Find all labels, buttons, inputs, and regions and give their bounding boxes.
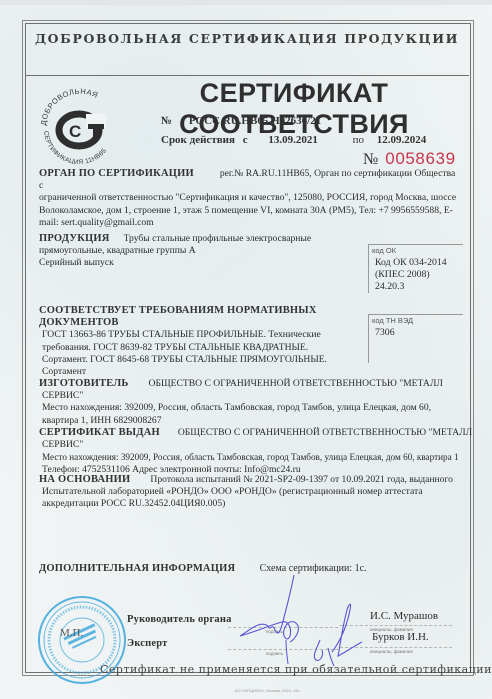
issued-to-line3: Место нахождения: 392009, Россия, област… bbox=[39, 451, 479, 463]
certification-body-line4: mail: sert.quality@gmail.com bbox=[39, 217, 459, 229]
product-line1: Трубы стальные профильные электросварные bbox=[124, 233, 312, 244]
handwritten-signatures-icon bbox=[220, 570, 390, 670]
registration-number-line: № РОСС RU.НВ65.Н02636/21 bbox=[161, 115, 321, 127]
basis-line2: Испытательной лабораторией «РОНДО» ООО «… bbox=[39, 486, 469, 498]
standards-section: СООТВЕТСТВУЕТ ТРЕБОВАНИЯМ НОРМАТИВНЫХ ДО… bbox=[39, 305, 369, 378]
product-line3: Серийный выпуск bbox=[39, 257, 359, 269]
product-line2: прямоугольные, квадратные группы А bbox=[39, 245, 359, 257]
validity-line: Срок действия с 13.09.2021 по 12.09.2024 bbox=[161, 134, 426, 146]
expert-role: Эксперт bbox=[127, 638, 168, 650]
product-label: ПРОДУКЦИЯ bbox=[39, 233, 110, 244]
manufacturer-label: ИЗГОТОВИТЕЛЬ bbox=[39, 378, 129, 389]
ok-code-line2: (КПЕС 2008) bbox=[375, 269, 463, 281]
certification-body-line3: Волоколамское, дом 1, строение 1, этаж 5… bbox=[39, 205, 459, 217]
validity-from-date: 13.09.2021 bbox=[268, 134, 318, 146]
certification-body-section: ОРГАН ПО СЕРТИФИКАЦИИрег.№ RA.RU.11НВ65,… bbox=[39, 168, 459, 229]
standards-line2: требования. ГОСТ 8639-82 ТРУБЫ СТАЛЬНЫЕ … bbox=[39, 342, 369, 354]
validity-from-label: с bbox=[243, 134, 248, 146]
certificate-page: ДОБРОВОЛЬНАЯ СЕРТИФИКАЦИЯ ПРОДУКЦИИ ДОБР… bbox=[0, 0, 492, 699]
voluntary-certification-title: ДОБРОВОЛЬНАЯ СЕРТИФИКАЦИЯ ПРОДУКЦИИ bbox=[25, 31, 469, 46]
manufacturer-line1: ОБЩЕСТВО С ОГРАНИЧЕННОЙ ОТВЕТСТВЕННОСТЬЮ… bbox=[149, 378, 443, 389]
basis-line1: Протокола испытаний № 2021-SP2-09-1397 о… bbox=[150, 474, 453, 485]
issued-to-section: СЕРТИФИКАТ ВЫДАНОБЩЕСТВО С ОГРАНИЧЕННОЙ … bbox=[39, 427, 479, 476]
printer-imprint: АО «ОПЦИОН», Москва, 2021, «Б» bbox=[235, 688, 300, 693]
issued-to-label: СЕРТИФИКАТ ВЫДАН bbox=[39, 427, 160, 438]
validity-to-date: 12.09.2024 bbox=[377, 134, 427, 146]
serial-number: № 0058639 bbox=[363, 149, 456, 169]
standards-line3: Сортамент. ГОСТ 8645-68 ТРУБЫ СТАЛЬНЫЕ П… bbox=[39, 354, 369, 366]
basis-label: НА ОСНОВАНИИ bbox=[39, 474, 130, 485]
head-role: Руководитель органа bbox=[127, 614, 232, 626]
issued-to-line2: СЕРВИС" bbox=[39, 439, 479, 451]
ok-code-caption: код ОК bbox=[372, 245, 463, 257]
ok-code-line3: 24.20.3 bbox=[375, 281, 463, 293]
top-edge bbox=[0, 0, 492, 5]
tnved-code-value: 7306 bbox=[375, 327, 463, 339]
manufacturer-line4: квартира 1, ИНН 6829008267 bbox=[39, 415, 469, 427]
certification-body-line2: ограниченной ответственностью "Сертифика… bbox=[39, 192, 459, 204]
basis-section: НА ОСНОВАНИИПротокола испытаний № 2021-S… bbox=[39, 474, 469, 511]
ok-code-box: код ОК Код ОК 034-2014 (КПЕС 2008) 24.20… bbox=[368, 244, 463, 293]
footer-note: Сертификат не применяется при обязательн… bbox=[100, 663, 492, 676]
certificate-title: СЕРТИФИКАТ СООТВЕТСТВИЯ bbox=[134, 78, 454, 140]
manufacturer-section: ИЗГОТОВИТЕЛЬОБЩЕСТВО С ОГРАНИЧЕННОЙ ОТВЕ… bbox=[39, 378, 469, 427]
rst-certification-mark-icon: ДОБРОВОЛЬНАЯ СЕРТИФИКАЦИЯ 11НВ65 C bbox=[34, 84, 124, 164]
standards-label: СООТВЕТСТВУЕТ ТРЕБОВАНИЯМ НОРМАТИВНЫХ ДО… bbox=[39, 305, 369, 329]
basis-line3: аккредитации РОСС RU.32452.04ЦИЯ0.005) bbox=[39, 498, 469, 510]
tnved-code-caption: код ТН ВЭД bbox=[372, 315, 463, 327]
registration-number: РОСС RU.НВ65.Н02636/21 bbox=[189, 115, 321, 127]
serial-number-sign: № bbox=[363, 151, 378, 168]
tnved-code-box: код ТН ВЭД 7306 bbox=[368, 314, 463, 363]
validity-to-label: по bbox=[353, 134, 364, 146]
ok-code-line1: Код ОК 034-2014 bbox=[375, 257, 463, 269]
serial-number-value: 0058639 bbox=[385, 149, 455, 168]
product-section: ПРОДУКЦИЯТрубы стальные профильные элект… bbox=[39, 233, 359, 270]
issued-to-line1: ОБЩЕСТВО С ОГРАНИЧЕННОЙ ОТВЕТСТВЕННОСТЬЮ… bbox=[178, 427, 472, 438]
manufacturer-line3: Место нахождения: 392009, Россия, област… bbox=[39, 402, 469, 414]
svg-text:C: C bbox=[69, 122, 81, 141]
standards-line4: Сортамент bbox=[39, 366, 369, 378]
header-band: ДОБРОВОЛЬНАЯ СЕРТИФИКАЦИЯ ПРОДУКЦИИ bbox=[25, 23, 469, 76]
number-sign: № bbox=[161, 115, 172, 127]
standards-line1: ГОСТ 13663-86 ТРУБЫ СТАЛЬНЫЕ ПРОФИЛЬНЫЕ.… bbox=[39, 329, 369, 341]
additional-info-label: ДОПОЛНИТЕЛЬНАЯ ИНФОРМАЦИЯ bbox=[39, 563, 235, 574]
manufacturer-line2: СЕРВИС" bbox=[39, 390, 469, 402]
validity-label: Срок действия bbox=[161, 134, 235, 146]
certification-body-label: ОРГАН ПО СЕРТИФИКАЦИИ bbox=[39, 168, 194, 179]
stamp-placeholder-label: М.П. bbox=[60, 627, 83, 639]
